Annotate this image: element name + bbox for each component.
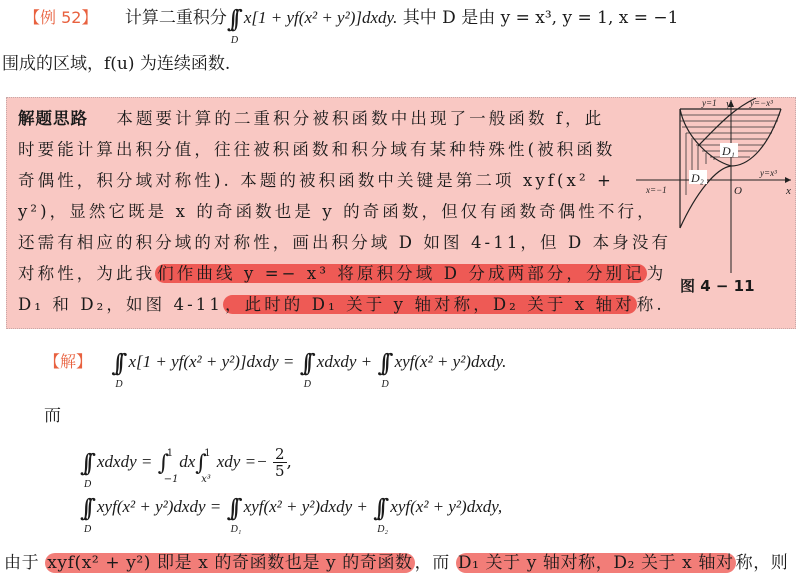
double-integral-symbol: ∫∫D bbox=[227, 9, 243, 29]
hint-line-7: D₁ 和 D₂，如图 4-11，此时的 D₁ 关于 y 轴对称，D₂ 关于 x … bbox=[18, 289, 665, 320]
svg-text:x=−1: x=−1 bbox=[645, 185, 667, 195]
hint-line-3: 奇偶性，积分域对称性). 本题的被积函数中关键是第二项 xyf(x² + bbox=[18, 165, 614, 196]
hint-heading: 解题思路 bbox=[18, 109, 88, 128]
double-integral-symbol: ∫∫D bbox=[80, 498, 96, 518]
solution-eq1: 【解】 ∫∫Dx[1 + yf(x² + y²)]dxdy = ∫∫Dxdxdy… bbox=[44, 350, 506, 374]
double-integral-symbol: ∫∫D bbox=[378, 353, 394, 373]
integral-symbol: ∫1x³ bbox=[195, 452, 206, 476]
hint-line-1: 解题思路 本题要计算的二重积分被积函数中出现了一般函数 f，此 bbox=[18, 103, 604, 134]
hint-line-5: 还需有相应的积分域的对称性，画出积分域 D 如图 4-11，但 D 本身没有 bbox=[18, 227, 671, 258]
example-statement: 【例 52】 计算二重积分∫∫Dx[1 + yf(x² + y²)]dxdy. … bbox=[24, 6, 678, 30]
hint-line-6: 对称性，为此我们作曲线 y =− x³ 将原积分域 D 分成两部分，分别记为 bbox=[18, 258, 666, 289]
svg-text:y=x³: y=x³ bbox=[759, 168, 777, 178]
example-line2: 围成的区域，f(u) 为连续函数. bbox=[2, 52, 230, 76]
example-suffix: 其中 D 是由 y = x³, y = 1, x = −1 bbox=[403, 8, 679, 28]
highlight-stroke: xyf(x² + y²) 即是 x 的奇函数也是 y 的奇函数 bbox=[45, 553, 414, 573]
solution-label: 【解】 bbox=[44, 352, 92, 371]
example-label: 【例 52】 bbox=[24, 8, 97, 27]
solution-eq2: ∫∫Dxdxdy = ∫1−1dx∫1x³xdy =− 25, bbox=[80, 446, 292, 479]
double-integral-symbol: ∫∫D bbox=[111, 353, 127, 373]
double-integral-symbol: ∫∫D₁ bbox=[227, 498, 243, 518]
svg-text:y=−x³: y=−x³ bbox=[749, 98, 773, 108]
solution-last-line: 由于 xyf(x² + y²) 即是 x 的奇函数也是 y 的奇函数，而 D₁ … bbox=[4, 551, 788, 575]
solution-eq3: ∫∫Dxyf(x² + y²)dxdy = ∫∫D₁xyf(x² + y²)dx… bbox=[80, 495, 502, 519]
svg-text:D₁: D₁ bbox=[721, 144, 735, 158]
hint-line-4: y²)，显然它既是 x 的奇函数也是 y 的奇函数，但仅有函数奇偶性不行， bbox=[18, 196, 657, 227]
highlight-stroke: D₁ 关于 y 轴对称，D₂ 关于 x 轴对 bbox=[456, 553, 736, 573]
integral-symbol: ∫1−1 bbox=[158, 452, 169, 476]
example-integrand: x[1 + yf(x² + y²)]dxdy. bbox=[244, 8, 398, 27]
svg-text:O: O bbox=[734, 185, 742, 197]
svg-text:D₂: D₂ bbox=[690, 171, 704, 185]
svg-text:y=1: y=1 bbox=[701, 98, 717, 108]
highlight-stroke: ，此时的 D₁ 关于 y 轴对称，D₂ 关于 x 轴对 bbox=[223, 295, 637, 314]
figure-caption: 图 4 − 11 bbox=[680, 275, 755, 296]
region-diagram: y x O y=1 y=−x³ y=x³ x=−1 D₁ D₂ bbox=[636, 98, 796, 273]
fraction: 25 bbox=[273, 446, 287, 479]
double-integral-symbol: ∫∫D bbox=[300, 353, 316, 373]
figure-4-11: y x O y=1 y=−x³ y=x³ x=−1 D₁ D₂ bbox=[636, 98, 796, 273]
svg-text:x: x bbox=[785, 185, 791, 197]
double-integral-symbol: ∫∫D₂ bbox=[373, 498, 389, 518]
hint-line-2: 时要能计算出积分值，往往被积函数和积分域有某种特殊性(被积函数 bbox=[18, 134, 616, 165]
svg-text:y: y bbox=[725, 98, 731, 110]
double-integral-symbol: ∫∫D bbox=[80, 453, 96, 473]
example-prefix: 计算二重积分 bbox=[125, 8, 227, 28]
solution-er: 而 bbox=[44, 404, 61, 428]
highlight-stroke: 们作曲线 y =− x³ 将原积分域 D 分成两部分，分别记 bbox=[155, 264, 647, 283]
